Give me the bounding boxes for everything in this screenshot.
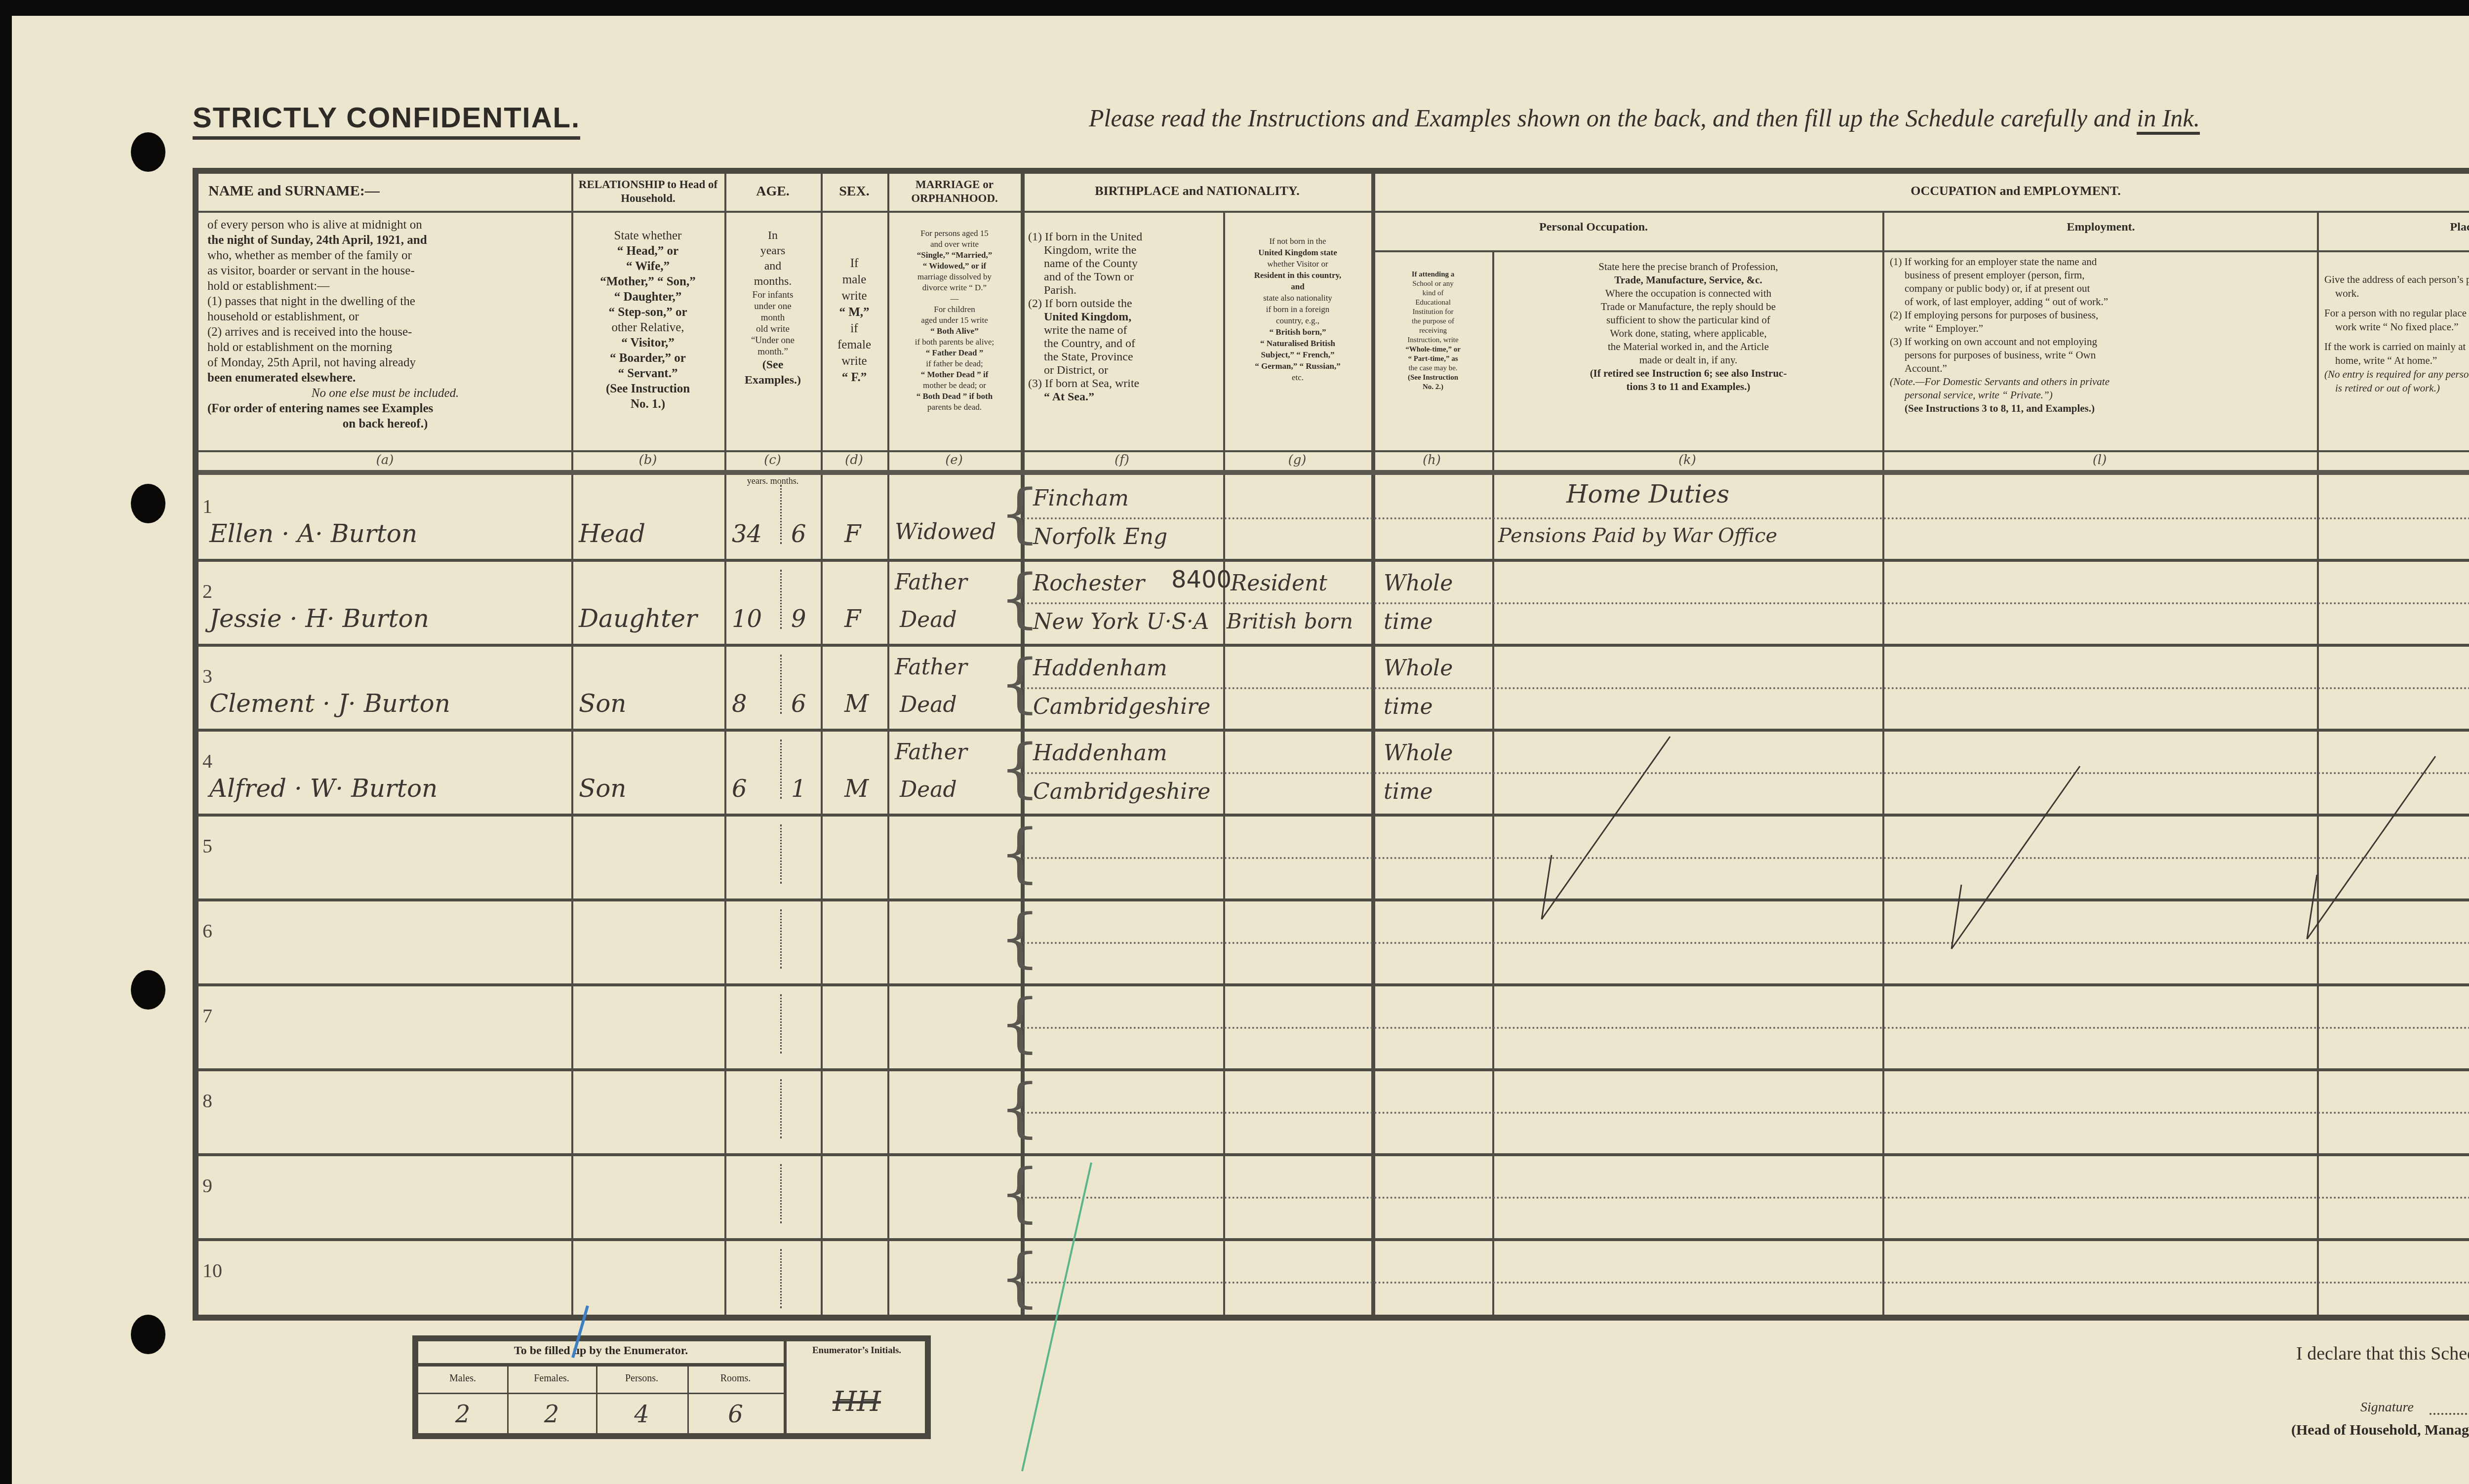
- brace-icon: {: [999, 820, 1040, 885]
- column-g-instructions: If not born in the United Kingdom state …: [1226, 235, 1370, 383]
- punch-hole-icon: [131, 970, 165, 1010]
- column-divider: [887, 174, 889, 1315]
- birthplace-line2[interactable]: Norfolk Eng: [1033, 524, 1167, 549]
- column-letter: (h): [1371, 453, 1492, 468]
- birthplace-line2[interactable]: Cambridgeshire: [1033, 779, 1210, 804]
- signature-line: [2429, 1413, 2469, 1415]
- column-l-heading: Employment.: [1885, 221, 2317, 234]
- column-k-heading: Personal Occupation.: [1495, 221, 1692, 234]
- column-letter: (m): [2317, 453, 2469, 468]
- declaration-text: I declare that this Schedule is correctl…: [2296, 1343, 2469, 1365]
- column-letter: (b): [571, 453, 724, 468]
- punch-hole-icon: [131, 1315, 165, 1354]
- divider: [418, 1363, 784, 1367]
- sex-cell[interactable]: F: [844, 605, 861, 633]
- column-letter: (k): [1492, 453, 1882, 468]
- birthplace-line2[interactable]: Cambridgeshire: [1033, 694, 1210, 719]
- age-dotted-separator: [780, 909, 782, 969]
- rooms-label: Rooms.: [687, 1373, 784, 1384]
- education-line2[interactable]: time: [1384, 779, 1433, 804]
- column-e-instructions: For persons aged 15 and over write “Sing…: [890, 228, 1019, 413]
- check-mark-icon: [2297, 751, 2445, 949]
- signature-label: Signature: [2360, 1400, 2414, 1415]
- marriage-cell-line1[interactable]: Widowed: [895, 519, 996, 545]
- age-years-cell[interactable]: 6: [732, 775, 747, 803]
- column-c-instructions: In years and months. For infants under o…: [726, 228, 820, 388]
- divider: [418, 1393, 784, 1394]
- occupation-group-heading: OCCUPATION and EMPLOYMENT.: [1374, 184, 2469, 198]
- census-table: NAME and SURNAME:— of every person who i…: [193, 168, 2469, 1321]
- punch-hole-icon: [131, 132, 165, 172]
- marriage-cell-line1[interactable]: Father: [895, 570, 967, 595]
- marriage-cell-line2[interactable]: Dead: [900, 777, 957, 802]
- row-subdivider: [1023, 857, 2469, 859]
- row-divider: [199, 729, 2469, 732]
- column-d-heading: SEX.: [822, 184, 887, 199]
- birthplace-line1[interactable]: Fincham: [1033, 486, 1129, 511]
- row-subdivider: [1023, 1197, 2469, 1199]
- column-letter: (g): [1223, 453, 1371, 468]
- column-divider: [571, 174, 573, 1315]
- birthplace-line2[interactable]: New York U·S·A: [1033, 609, 1209, 634]
- column-b-heading: RELATIONSHIP to Head of Household.: [573, 178, 723, 205]
- age-dotted-separator: [780, 1249, 782, 1308]
- column-letter: (a): [199, 453, 571, 468]
- row-number: 10: [202, 1259, 222, 1282]
- header-divider: [199, 211, 1021, 213]
- age-months-cell[interactable]: 9: [791, 605, 806, 633]
- nationality-line1[interactable]: Resident: [1231, 571, 1327, 596]
- row-subdivider: [1023, 942, 2469, 944]
- row-number: 5: [202, 834, 212, 858]
- age-months-cell[interactable]: 6: [791, 520, 806, 548]
- row-number: 6: [202, 919, 212, 942]
- marriage-cell-line1[interactable]: Father: [895, 740, 967, 765]
- occupation-line1[interactable]: Home Duties: [1566, 480, 1729, 508]
- row-divider: [199, 1153, 2469, 1156]
- age-dotted-separator: [780, 655, 782, 714]
- column-f-instructions: (1) If born in the United Kingdom, write…: [1028, 231, 1221, 404]
- age-dotted-separator: [780, 570, 782, 629]
- row-divider: [199, 898, 2469, 901]
- header-divider: [1371, 250, 2469, 252]
- column-letter: (f): [1021, 453, 1223, 468]
- column-divider: [1223, 211, 1225, 1315]
- age-dotted-separator: [780, 485, 782, 544]
- name-cell[interactable]: Ellen · A· Burton: [209, 519, 417, 548]
- row-subdivider: [1023, 687, 2469, 689]
- row-number: 1: [202, 495, 212, 518]
- persons-label: Persons.: [596, 1373, 687, 1384]
- sex-cell[interactable]: F: [844, 520, 861, 548]
- row-subdivider: [1023, 602, 2469, 604]
- column-letter: (c): [724, 453, 821, 468]
- relationship-cell[interactable]: Son: [579, 689, 627, 718]
- column-a-instructions: of every person who is alive at midnight…: [207, 217, 563, 431]
- birthplace-line1[interactable]: Rochester: [1033, 571, 1145, 596]
- column-letter: (d): [821, 453, 887, 468]
- column-e-heading: MARRIAGE or ORPHANHOOD.: [890, 178, 1019, 205]
- fill-instructions: Please read the Instructions and Example…: [1089, 104, 2200, 132]
- column-m-heading: Place of Work.: [2319, 221, 2469, 234]
- instruction-ink-emphasis: in Ink.: [2137, 104, 2200, 135]
- name-cell[interactable]: Jessie · H· Burton: [209, 604, 429, 633]
- birthplace-code: 8400: [1171, 566, 1232, 593]
- column-a-heading: NAME and SURNAME:—: [208, 183, 564, 199]
- instruction-text: Please read the Instructions and Example…: [1089, 104, 2137, 132]
- row-divider: [199, 983, 2469, 986]
- occupation-line2[interactable]: Pensions Paid by War Office: [1498, 524, 1777, 547]
- age-dotted-separator: [780, 994, 782, 1054]
- relationship-cell[interactable]: Head: [579, 519, 645, 548]
- blue-pencil-mark-icon: [563, 1303, 593, 1363]
- column-k-instructions: State here the precise branch of Profess…: [1498, 260, 1878, 393]
- birthplace-group-heading: BIRTHPLACE and NATIONALITY.: [1023, 184, 1371, 198]
- row-subdivider: [1023, 1027, 2469, 1029]
- age-dotted-separator: [780, 1079, 782, 1138]
- row-divider: [199, 1068, 2469, 1071]
- green-pencil-line-icon: [1017, 1160, 1096, 1476]
- age-years-cell[interactable]: 34: [732, 520, 762, 548]
- relationship-cell[interactable]: Son: [579, 774, 627, 803]
- divider: [784, 1341, 787, 1433]
- age-dotted-separator: [780, 740, 782, 799]
- enumerator-summary-box: To be filled up by the Enumerator. Enume…: [412, 1335, 931, 1439]
- header-bottom-rule: [199, 470, 2469, 475]
- header-divider: [1021, 211, 2469, 213]
- age-dotted-separator: [780, 1164, 782, 1223]
- education-line2[interactable]: time: [1384, 609, 1433, 634]
- row-number: 7: [202, 1004, 212, 1027]
- brace-icon: {: [999, 1075, 1040, 1139]
- column-d-instructions: If male write “ M,” if female write “ F.…: [822, 255, 887, 386]
- row-subdivider: [1023, 772, 2469, 774]
- marriage-cell-line2[interactable]: Dead: [900, 692, 957, 717]
- marriage-cell-line1[interactable]: Father: [895, 655, 967, 680]
- age-years-cell[interactable]: 10: [732, 605, 762, 633]
- persons-value[interactable]: 4: [596, 1401, 687, 1428]
- education-line1[interactable]: Whole: [1384, 741, 1453, 766]
- header-divider: [199, 450, 2469, 452]
- age-months-cell[interactable]: 6: [791, 690, 806, 718]
- row-divider: [199, 559, 2469, 562]
- age-years-cell[interactable]: 8: [732, 690, 747, 718]
- row-number: 8: [202, 1089, 212, 1112]
- nationality-line2[interactable]: British born: [1227, 609, 1353, 633]
- birthplace-line1[interactable]: Haddenham: [1033, 741, 1167, 766]
- age-months-cell[interactable]: 1: [791, 775, 806, 803]
- females-value[interactable]: 2: [507, 1401, 596, 1428]
- birthplace-line1[interactable]: Haddenham: [1033, 656, 1167, 681]
- check-mark-icon: [1942, 761, 2090, 959]
- name-cell[interactable]: Alfred · W· Burton: [209, 774, 438, 803]
- page-title: STRICTLY CONFIDENTIAL.: [193, 101, 580, 140]
- row-divider: [199, 1238, 2469, 1241]
- row-subdivider: [1023, 1112, 2469, 1114]
- enumerator-box-heading: To be filled up by the Enumerator.: [418, 1344, 784, 1358]
- rooms-value[interactable]: 6: [687, 1401, 784, 1428]
- males-label: Males.: [418, 1373, 507, 1384]
- age-subheads: years. months.: [726, 476, 820, 486]
- sex-cell[interactable]: M: [844, 775, 869, 803]
- brace-icon: {: [999, 905, 1040, 970]
- brace-icon: {: [999, 990, 1040, 1054]
- marriage-cell-line2[interactable]: Dead: [900, 607, 957, 632]
- signature-caption: (Head of Household, Manager of Establish…: [2291, 1422, 2469, 1439]
- row-number: 4: [202, 749, 212, 773]
- column-l-instructions: (1) If working for an employer state the…: [1890, 255, 2314, 415]
- column-b-instructions: State whether “ Head,” or “ Wife,” “Moth…: [574, 228, 722, 412]
- sex-cell[interactable]: M: [844, 690, 869, 718]
- column-h-instructions: If attending a School or any kind of Edu…: [1375, 270, 1491, 392]
- row-number: 3: [202, 664, 212, 688]
- column-m-instructions: Give the address of each person’s place …: [2324, 273, 2469, 395]
- punch-hole-icon: [131, 484, 165, 523]
- check-mark-icon: [1532, 732, 1680, 929]
- row-subdivider: [1023, 1282, 2469, 1284]
- education-line2[interactable]: time: [1384, 694, 1433, 719]
- column-letter: (e): [887, 453, 1021, 468]
- education-line1[interactable]: Whole: [1384, 571, 1453, 596]
- row-divider: [199, 644, 2469, 647]
- column-divider: [1882, 211, 1884, 1315]
- enumerator-initials[interactable]: HH: [788, 1386, 926, 1418]
- row-divider: [199, 814, 2469, 817]
- row-number: 2: [202, 580, 212, 603]
- relationship-cell[interactable]: Daughter: [579, 604, 697, 633]
- males-value[interactable]: 2: [418, 1401, 507, 1428]
- initials-heading: Enumerator’s Initials.: [788, 1345, 926, 1356]
- column-c-heading: AGE.: [726, 184, 820, 199]
- row-number: 9: [202, 1174, 212, 1197]
- education-line1[interactable]: Whole: [1384, 656, 1453, 681]
- row-subdivider: [1023, 517, 2469, 519]
- name-cell[interactable]: Clement · J· Burton: [209, 689, 450, 718]
- age-dotted-separator: [780, 824, 782, 884]
- column-letter: (l): [1882, 453, 2317, 468]
- females-label: Females.: [507, 1373, 596, 1384]
